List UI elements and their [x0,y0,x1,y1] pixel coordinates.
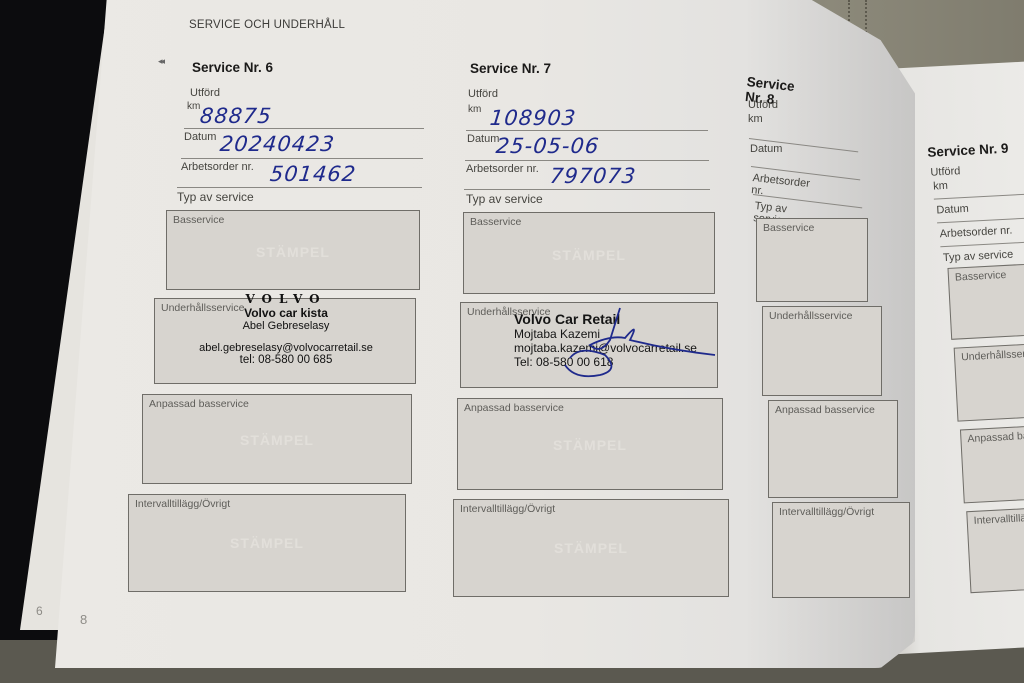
service-7-km-value: 108903 [489,106,578,130]
label-datum: Datum [184,131,216,143]
label-km: km [468,104,481,115]
box-intervall-label: Intervalltillägg/Övrigt [135,498,230,510]
box-intervall-label: Intervalltillägg/Övrigt [460,503,555,515]
label-typ: Typ av service [177,190,254,204]
service-8-basservice-box: Basservice [756,218,868,302]
label-km: km [748,113,763,125]
label-datum: Datum [467,133,499,145]
service-6-datum-value: 20240423 [219,132,336,156]
service-6-basservice-box: Basservice STÄMPEL [166,210,420,290]
stamp-placeholder: STÄMPEL [129,535,405,551]
service-8-underhall-box: Underhållsservice [762,306,882,396]
service-7-datum-value: 25-05-06 [495,134,601,158]
service-9-title: Service Nr. 9 [927,141,1009,160]
service-6-anpassad-box: Anpassad basservice STÄMPEL [142,394,412,484]
box-basservice-label: Basservice [173,214,224,226]
label-datum: Datum [750,143,782,155]
signature-scribble [540,300,720,390]
volvo-logo: VOLVO [196,292,376,306]
page-number: 8 [80,612,87,627]
label-utford: Utförd [930,165,961,179]
stamp-placeholder: STÄMPEL [464,247,714,263]
service-6-arbetsorder-value: 501462 [269,162,358,186]
label-km: km [933,180,948,193]
box-basservice-label: Basservice [470,216,521,228]
service-6-km-value: 88875 [199,104,273,128]
service-7-arbetsorder-value: 797073 [549,164,638,188]
stamp-placeholder: STÄMPEL [454,540,728,556]
box-underhall-label: Underhållsservice [769,310,852,322]
box-basservice-label: Basservice [763,222,814,234]
label-datum: Datum [936,203,969,217]
label-arbetsorder: Arbetsorder nr. [181,161,254,173]
stamp-placeholder: STÄMPEL [167,244,419,260]
label-utford: Utförd [190,87,220,99]
box-underhall-label: Underhållsservice [961,347,1024,363]
label-utford: Utförd [468,88,498,100]
box-intervall-label: Intervalltillägg/Övrigt [973,510,1024,527]
stamp-email: abel.gebreselasy@volvocarretail.se [196,342,376,354]
service-6-dealer-stamp: VOLVO Volvo car kista Abel Gebreselasy a… [196,292,376,366]
stamp-dealer: Volvo car kista [196,306,376,320]
service-7-intervall-box: Intervalltillägg/Övrigt STÄMPEL [453,499,729,597]
stamp-phone: tel: 08-580 00 685 [196,354,376,366]
label-arbetsorder: Arbetsorder nr. [466,163,539,175]
service-7-basservice-box: Basservice STÄMPEL [463,212,715,294]
box-anpassad-label: Anpassad basservice [775,404,875,416]
box-anpassad-label: Anpassad basservice [464,402,564,414]
service-8-intervall-box: Intervalltillägg/Övrigt [772,502,910,598]
page-header: SERVICE OCH UNDERHÅLL [189,19,345,31]
service-7-title: Service Nr. 7 [470,61,551,76]
box-intervall-label: Intervalltillägg/Övrigt [779,506,874,518]
stamp-placeholder: STÄMPEL [143,432,411,448]
service-6-intervall-box: Intervalltillägg/Övrigt STÄMPEL [128,494,406,592]
box-basservice-label: Basservice [955,269,1007,284]
back-arrows-icon: ◂◂ [158,56,163,67]
stamp-name: Abel Gebreselasy [196,320,376,332]
service-6-title: Service Nr. 6 [192,60,273,75]
box-anpassad-label: Anpassad basservice [149,398,249,410]
label-typ: Typ av service [466,192,543,206]
box-anpassad-label: Anpassad basservice [967,428,1024,445]
service-7-anpassad-box: Anpassad basservice STÄMPEL [457,398,723,490]
stamp-placeholder: STÄMPEL [458,437,722,453]
label-typ: Typ av service [943,249,1014,265]
label-utford: Utförd [748,99,778,111]
service-8-anpassad-box: Anpassad basservice [768,400,898,498]
label-km: km [187,101,200,112]
page-number-back: 6 [36,604,43,618]
label-arbetsorder: Arbetsorder nr. [939,225,1012,241]
